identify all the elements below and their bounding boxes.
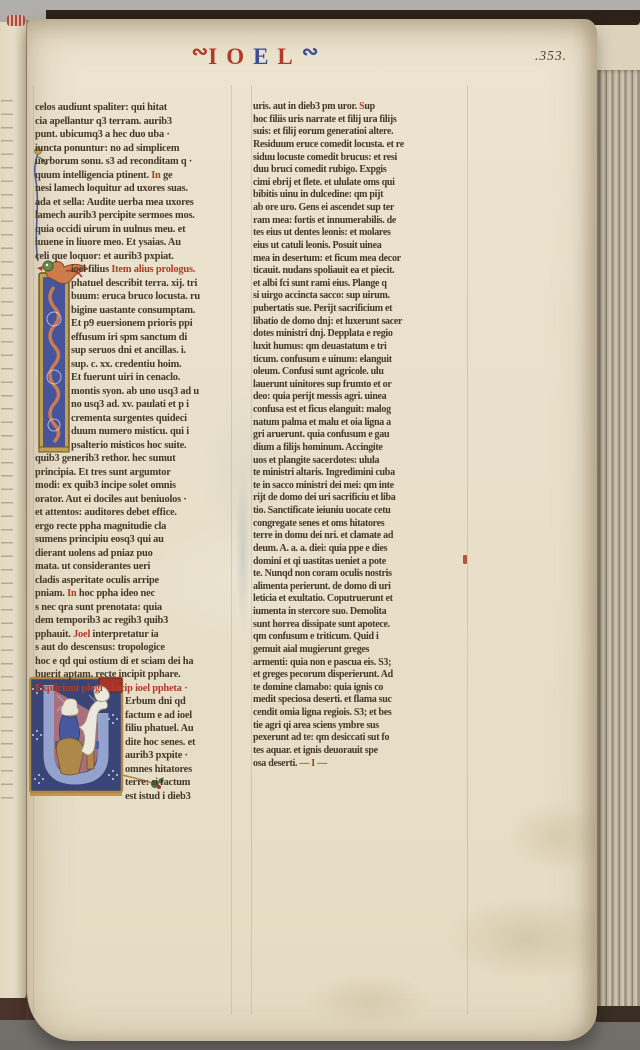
text-line: crementa surgentes quideci (35, 412, 235, 426)
body-text: ada et sella: Audite uerba mea uxores (35, 197, 194, 208)
text-line: nesi lamech loquitur ad uxores suas. (35, 182, 235, 196)
body-text: tes eius ut dentes leonis: et molares (253, 227, 391, 238)
body-text: psalterio misticos hoc suite. (71, 440, 186, 451)
body-text: congregate senes et oms hitatores (253, 518, 384, 529)
body-text: cladis asperitate oculis arripe (35, 575, 159, 586)
body-text: Erbum dni qd (125, 696, 186, 707)
body-text: alimenta perierunt. de domo di uri (253, 581, 391, 592)
text-line: psalterio misticos hoc suite. (35, 439, 235, 453)
text-line: et greges pecorum disperierunt. Ad (253, 669, 469, 682)
body-text: punt. ubicumq3 a hec duo uba · (35, 129, 170, 140)
rubric-text: — I — (299, 758, 326, 769)
body-text: s nec qra sunt prenotata: quia (35, 602, 162, 613)
rubric-text: Expliciunt plogi · Incip ioel ppheta · (35, 683, 187, 694)
text-line: pubertatis sue. Perijt sacrificium et (253, 303, 469, 316)
body-text: te. Nunqd non coram oculis nostris (253, 568, 392, 579)
text-line: congregate senes et oms hitatores (253, 518, 469, 531)
body-text: deo: quia perijt messis agri. uinea (253, 391, 386, 402)
body-text: s aut do descensus: tropologice (35, 642, 165, 653)
text-line: aurib3 pxpite · (35, 749, 235, 763)
body-text: ticum. confusum e uinum: elanguit (253, 354, 392, 365)
body-text: no usq3 ad. xv. paulati et p i (71, 399, 189, 410)
text-line: pexerunt ad te: qm desiccati sut fo (253, 732, 469, 745)
text-line: quum intelligencia ptinent. In ge (35, 169, 235, 183)
text-line: terre in domu dei nri. et clamate ad (253, 530, 469, 543)
text-line: lauerunt uinitores sup frumto et or (253, 379, 469, 392)
body-text: montis syon. ab uno usq3 ad u (71, 386, 199, 397)
rubric-text: Joel (73, 629, 90, 640)
body-text: si uirgo accincta sacco: sup uirum. (253, 290, 390, 301)
body-text: gemuit aial mugierunt greges (253, 644, 369, 655)
text-line: effusum iri spm sanctum di (35, 331, 235, 345)
text-line: bibitis uinu in dulcedine: qm pijt (253, 189, 469, 202)
text-line: sup. c. xx. credentiu hoim. (35, 358, 235, 372)
body-text: eius ut catuli leonis. Posuit uinea (253, 240, 381, 251)
text-line: Expliciunt plogi · Incip ioel ppheta · (35, 682, 235, 696)
body-text: terre in domu dei nri. et clamate ad (253, 530, 393, 541)
body-text: deum. A. a. a. diei: quia ppe e dies (253, 543, 387, 554)
text-line: montis syon. ab uno usq3 ad u (35, 385, 235, 399)
body-text: ioel filius (71, 264, 111, 275)
body-text: pubertatis sue. Perijt sacrificium et (253, 303, 392, 314)
text-line: dite hoc senes. et (35, 736, 235, 750)
body-text: cimi ebrij et flete. et ululate oms qui (253, 177, 395, 188)
text-line: tie agri qi area sciens ymbre sus (253, 720, 469, 733)
text-line: dotes ministri dnj. Depplata e regio (253, 328, 469, 341)
text-line: gri aruerunt. quia confusum e gau (253, 429, 469, 442)
body-text: up (364, 101, 375, 112)
body-text: mea in desertum: et ficum mea decor (253, 253, 401, 264)
body-text: sup seruos dni et ancillas. i. (71, 345, 186, 356)
text-line: orator. Aut ei dociles aut beniuolos · (35, 493, 235, 507)
body-text: pphauit. (35, 629, 73, 640)
body-text: confusa est et ficus elanguit: malog (253, 404, 391, 415)
text-line: Erbum dni qd (35, 695, 235, 709)
text-line: Residuum eruce comedit locusta. et re (253, 139, 469, 152)
text-line: mata. ut considerantes ueri (35, 560, 235, 574)
body-text: ram mea: fortis et innumerabilis. de (253, 215, 396, 226)
text-line: te. Nunqd non coram oculis nostris (253, 568, 469, 581)
text-line: duum numero misticu. qui i (35, 425, 235, 439)
text-line: omnes hitatores (35, 763, 235, 777)
text-line: domini et qi uastitas ueniet a pote (253, 556, 469, 569)
text-line: eius ut catuli leonis. Posuit uinea (253, 240, 469, 253)
text-line: celos audiunt spaliter: qui hitat (35, 101, 235, 115)
text-line: mea in desertum: et ficum mea decor (253, 253, 469, 266)
body-text: bigine uastante consumptam. (71, 305, 195, 316)
text-line: tes aquar. et ignis deuorauit spe (253, 745, 469, 758)
body-text: libatio de domo dnj: et luxerunt sacer (253, 316, 402, 327)
endband (7, 15, 25, 26)
body-text: oleum. Confusi sunt agricole. ulu (253, 366, 384, 377)
body-text: omnes hitatores (125, 764, 192, 775)
text-line: iuncta ponuntur: no ad simplicem (35, 142, 235, 156)
body-text: tio. Sanctificate ieiuniu uocate cetu (253, 505, 391, 516)
body-text: principia. Et tres sunt argumtor (35, 467, 171, 478)
text-line: ada et sella: Audite uerba mea uxores (35, 196, 235, 210)
body-text: uos et plangite sacerdotes: ulula (253, 455, 379, 466)
text-line: dem temporib3 ac regib3 quib3 (35, 614, 235, 628)
flourish-left: ∾ (191, 41, 208, 63)
manuscript-photo: ∾IOEL∾ .353. (0, 0, 640, 1050)
text-line: quib3 generib3 rethor. hec sumut (35, 452, 235, 466)
text-line: principia. Et tres sunt argumtor (35, 466, 235, 480)
body-text: natum palma et malu et oia ligna a (253, 417, 391, 428)
text-line: hoc filiis uris narrate et filij ura fil… (253, 114, 469, 127)
body-text: te domine clamabo: quia ignis co (253, 682, 383, 693)
body-text: iuncta ponuntur: no ad simplicem (35, 143, 179, 154)
body-text: ergo recte ppha magnitudie cla (35, 521, 166, 532)
body-text: dem temporib3 ac regib3 quib3 (35, 615, 168, 626)
text-line: s nec qra sunt prenotata: quia (35, 601, 235, 615)
text-line: celi que loquor: et aurib3 pxpiat. (35, 250, 235, 264)
text-line: et albi fci sunt rami eius. Plange q (253, 278, 469, 291)
text-line: ergo recte ppha magnitudie cla (35, 520, 235, 534)
rubric-text: Item alius prologus. (111, 264, 195, 275)
text-line: no usq3 ad. xv. paulati et p i (35, 398, 235, 412)
text-line: Et p9 euersionem prioris ppi (35, 317, 235, 331)
body-text: est istud i dieb3 (125, 791, 191, 802)
text-line: sup seruos dni et ancillas. i. (35, 344, 235, 358)
body-text: dierant uolens ad pniaz puo (35, 548, 153, 559)
body-text: gri aruerunt. quia confusum e gau (253, 429, 389, 440)
text-line: leticia et exultatio. Coputruerunt et (253, 593, 469, 606)
text-line: uerborum sonu. s3 ad reconditam q · (35, 155, 235, 169)
body-text: hoc filiis uris narrate et filij ura fil… (253, 114, 396, 125)
text-line: te domine clamabo: quia ignis co (253, 682, 469, 695)
text-line: deum. A. a. a. diei: quia ppe e dies (253, 543, 469, 556)
body-text: tie agri qi area sciens ymbre sus (253, 720, 379, 731)
running-title-letter: E (253, 44, 277, 69)
body-text: quib3 generib3 rethor. hec sumut (35, 453, 176, 464)
text-line: tio. Sanctificate ieiuniu uocate cetu (253, 505, 469, 518)
body-text: interpretatur ia (90, 629, 158, 640)
text-line: dium a filijs hominum. Accingite (253, 442, 469, 455)
body-text: domini et qi uastitas ueniet a pote (253, 556, 386, 567)
body-text: lauerunt uinitores sup frumto et or (253, 379, 391, 390)
body-text: orator. Aut ei dociles aut beniuolos · (35, 494, 187, 505)
body-text: sunt horrea dissipate sunt apotece. (253, 619, 390, 630)
body-text: et greges pecorum disperierunt. Ad (253, 669, 393, 680)
text-line: s aut do descensus: tropologice (35, 641, 235, 655)
body-text: luxit humus: qm deuastatum e tri (253, 341, 386, 352)
text-line: natum palma et malu et oia ligna a (253, 417, 469, 430)
body-text: iuuene in liuore meo. Et ysaias. Au (35, 237, 181, 248)
body-text: celos audiunt spaliter: qui hitat (35, 102, 167, 113)
text-line: ticum. confusum e uinum: elanguit (253, 354, 469, 367)
text-line: sunt horrea dissipate sunt apotece. (253, 619, 469, 632)
body-text: uris. aut in dieb3 pm uror. (253, 101, 359, 112)
body-text: pexerunt ad te: qm desiccati sut fo (253, 732, 389, 743)
ink-smudge (233, 439, 253, 664)
body-text: sup. c. xx. credentiu hoim. (71, 359, 181, 370)
text-line: ticauit. nudans spoliauit ea et piecit. (253, 265, 469, 278)
text-line: est istud i dieb3 (35, 790, 235, 804)
body-text: ticauit. nudans spoliauit ea et piecit. (253, 265, 394, 276)
running-title: ∾IOEL∾ (145, 39, 365, 79)
body-text: uerborum sonu. s3 ad reconditam q · (35, 156, 192, 167)
body-text: Et p9 euersionem prioris ppi (71, 318, 192, 329)
body-text: nesi lamech loquitur ad uxores suas. (35, 183, 188, 194)
body-text: leticia et exultatio. Coputruerunt et (253, 593, 393, 604)
body-text: armenti: quia non e pascua eis. S3; (253, 657, 391, 668)
text-line: uos et plangite sacerdotes: ulula (253, 455, 469, 468)
text-line: armenti: quia non e pascua eis. S3; (253, 657, 469, 670)
running-title-letters: IOEL (208, 51, 302, 68)
text-line: medit speciosa deserti. et flama suc (253, 694, 469, 707)
body-text: qm confusum e triticum. Quid i (253, 631, 378, 642)
body-text: siduu locuste comedit brucus: et resi (253, 152, 397, 163)
fore-edge-pages (596, 70, 640, 1010)
body-text: dotes ministri dnj. Depplata e regio (253, 328, 393, 339)
text-line: lamech aurib3 percipite sermoes mos. (35, 209, 235, 223)
body-text: factum e ad ioel (125, 710, 192, 721)
body-text: Et fuerunt uiri in cenaclo. (71, 372, 180, 383)
body-text: sumens principiu eosq3 qui au (35, 534, 164, 545)
body-text: lamech aurib3 percipite sermoes mos. (35, 210, 195, 221)
body-text: dium a filijs hominum. Accingite (253, 442, 383, 453)
text-line: cladis asperitate oculis arripe (35, 574, 235, 588)
manuscript-page: ∾IOEL∾ .353. (27, 19, 597, 1041)
text-line: hoc e qd qui ostium di et sciam dei ha (35, 655, 235, 669)
text-line: iuuene in liuore meo. Et ysaias. Au (35, 236, 235, 250)
flourish-right: ∾ (302, 41, 319, 63)
text-line: uris. aut in dieb3 pm uror. Sup (253, 101, 469, 114)
text-line: cia apellantur q3 terram. aurib3 (35, 115, 235, 129)
body-text: quum intelligencia ptinent. (35, 170, 151, 181)
book-bottom-edge (596, 1006, 640, 1022)
running-title-letter: L (277, 44, 301, 69)
body-text: aurib3 pxpite · (125, 750, 188, 761)
body-text: buum: eruca bruco locusta. ru (71, 291, 200, 302)
facing-page-edge (0, 22, 27, 1004)
body-text: cendit omia ligna regiois. S3; et bes (253, 707, 391, 718)
left-column: celos audiunt spaliter: qui hitatcia ape… (35, 101, 235, 803)
text-line: factum e ad ioel (35, 709, 235, 723)
text-line: oleum. Confusi sunt agricole. ulu (253, 366, 469, 379)
body-text: filiu phatuel. Au (125, 723, 194, 734)
body-text: pniam. (35, 588, 67, 599)
text-line: si uirgo accincta sacco: sup uirum. (253, 290, 469, 303)
text-line: qm confusum e triticum. Quid i (253, 631, 469, 644)
body-text: dite hoc senes. et (125, 737, 195, 748)
text-line: modi: ex quib3 incipe solet omnis (35, 479, 235, 493)
body-text: bibitis uinu in dulcedine: qm pijt (253, 189, 383, 200)
body-text: Residuum eruce comedit locusta. et re (253, 139, 404, 150)
body-text: hoc e qd qui ostium di et sciam dei ha (35, 656, 193, 667)
body-text: te ministri altaris. Ingredimini cuba (253, 467, 395, 478)
body-text: duu bruci comedit rubigo. Expgis (253, 164, 386, 175)
body-text: ge (161, 170, 173, 181)
text-line: dierant uolens ad pniaz puo (35, 547, 235, 561)
text-line: tes eius ut dentes leonis: et molares (253, 227, 469, 240)
body-text: rijt de domo dei uri sacrificiu et liba (253, 492, 395, 503)
body-text: te in sacco ministri dei mei: qm inte (253, 480, 394, 491)
text-line: osa deserti. — I — (253, 758, 469, 771)
text-line: confusa est et ficus elanguit: malog (253, 404, 469, 417)
running-title-letter: I (208, 44, 226, 69)
text-line: buum: eruca bruco locusta. ru (35, 290, 235, 304)
text-line: filiu phatuel. Au (35, 722, 235, 736)
text-line: phatuel describit terra. xij. tri (35, 277, 235, 291)
text-line: rijt de domo dei uri sacrificiu et liba (253, 492, 469, 505)
text-line: pniam. In hoc ppha ideo nec (35, 587, 235, 601)
body-text: medit speciosa deserti. et flama suc (253, 694, 392, 705)
text-line: iumenta in stercore suo. Demolita (253, 606, 469, 619)
body-text: duum numero misticu. qui i (71, 426, 189, 437)
body-text: suis: et filij eorum generatioi altere. (253, 126, 393, 137)
body-text: et albi fci sunt rami eius. Plange q (253, 278, 387, 289)
body-text: ab ore uro. Gens ei ascendet sup ter (253, 202, 394, 213)
body-text: terre: si factum (125, 777, 190, 788)
text-line: Et fuerunt uiri in cenaclo. (35, 371, 235, 385)
body-text: mata. ut considerantes ueri (35, 561, 150, 572)
text-line: terre: si factum (35, 776, 235, 790)
body-text: et attentos: auditores debet effice. (35, 507, 177, 518)
text-line: gemuit aial mugierunt greges (253, 644, 469, 657)
rubric-text: In (151, 170, 160, 181)
text-line: ab ore uro. Gens ei ascendet sup ter (253, 202, 469, 215)
body-text: cia apellantur q3 terram. aurib3 (35, 116, 172, 127)
facing-page-showthrough-text (1, 100, 13, 806)
body-text: tes aquar. et ignis deuorauit spe (253, 745, 378, 756)
text-line: te ministri altaris. Ingredimini cuba (253, 467, 469, 480)
text-line: ram mea: fortis et innumerabilis. de (253, 215, 469, 228)
text-line: bigine uastante consumptam. (35, 304, 235, 318)
text-line: libatio de domo dnj: et luxerunt sacer (253, 316, 469, 329)
body-text: crementa surgentes quideci (71, 413, 187, 424)
text-line: pphauit. Joel interpretatur ia (35, 628, 235, 642)
text-line: alimenta perierunt. de domo di uri (253, 581, 469, 594)
body-text: phatuel describit terra. xij. tri (71, 278, 197, 289)
text-line: siduu locuste comedit brucus: et resi (253, 152, 469, 165)
text-line: te in sacco ministri dei mei: qm inte (253, 480, 469, 493)
text-line: et attentos: auditores debet effice. (35, 506, 235, 520)
text-line: cendit omia ligna regiois. S3; et bes (253, 707, 469, 720)
text-line: punt. ubicumq3 a hec duo uba · (35, 128, 235, 142)
text-line: deo: quia perijt messis agri. uinea (253, 391, 469, 404)
text-line: quia occidi uirum in uulnus meu. et (35, 223, 235, 237)
text-line: sumens principiu eosq3 qui au (35, 533, 235, 547)
folio-number: .353. (535, 48, 605, 64)
body-text: celi que loquor: et aurib3 pxpiat. (35, 251, 174, 262)
body-text: buerit aptam. recte incipit pphare. (35, 669, 181, 680)
right-column: uris. aut in dieb3 pm uror. Suphoc filii… (253, 101, 469, 770)
running-title-letter: O (226, 44, 253, 69)
body-text: iumenta in stercore suo. Demolita (253, 606, 386, 617)
rubric-text: In (67, 588, 76, 599)
text-line: cimi ebrij et flete. et ululate oms qui (253, 177, 469, 190)
text-line: buerit aptam. recte incipit pphare. (35, 668, 235, 682)
text-line: ioel filius Item alius prologus. (35, 263, 235, 277)
body-text: modi: ex quib3 incipe solet omnis (35, 480, 176, 491)
body-text: quia occidi uirum in uulnus meu. et (35, 224, 185, 235)
body-text: osa deserti. (253, 758, 299, 769)
text-line: luxit humus: qm deuastatum e tri (253, 341, 469, 354)
body-text: effusum iri spm sanctum di (71, 332, 187, 343)
body-text: hoc ppha ideo nec (77, 588, 155, 599)
text-line: suis: et filij eorum generatioi altere. (253, 126, 469, 139)
text-line: duu bruci comedit rubigo. Expgis (253, 164, 469, 177)
